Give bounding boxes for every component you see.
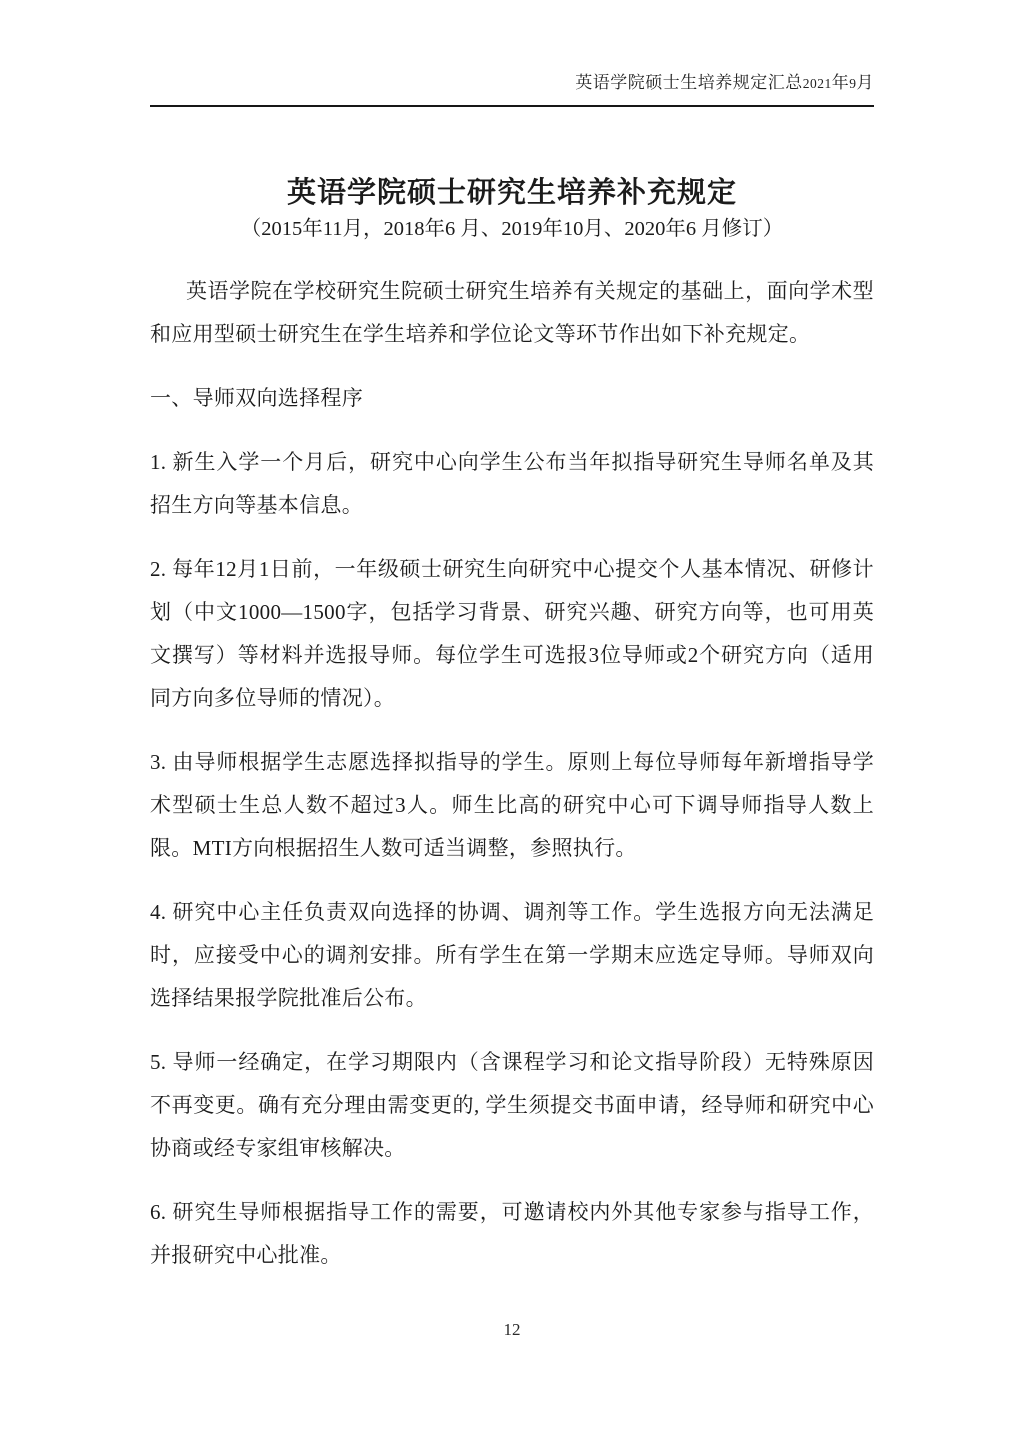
- page-header: 英语学院硕士生培养规定汇总2021年9月: [150, 0, 874, 95]
- document-page: 英语学院硕士生培养规定汇总2021年9月 英语学院硕士研究生培养补充规定 （20…: [0, 0, 1024, 1447]
- section-heading: 一、导师双向选择程序: [150, 377, 874, 420]
- header-year-unit: 年: [832, 73, 850, 92]
- header-divider: [150, 105, 874, 107]
- intro-paragraph: 英语学院在学校研究生院硕士研究生培养有关规定的基础上，面向学术型和应用型硕士研究…: [150, 270, 874, 356]
- document-content: 英语学院硕士生培养规定汇总2021年9月 英语学院硕士研究生培养补充规定 （20…: [0, 0, 1024, 1277]
- paragraph-5: 5. 导师一经确定，在学习期限内（含课程学习和论文指导阶段）无特殊原因不再变更。…: [150, 1041, 874, 1170]
- header-month: 9: [849, 76, 856, 91]
- paragraph-2: 2. 每年12月1日前，一年级硕士研究生向研究中心提交个人基本情况、研修计划（中…: [150, 548, 874, 720]
- document-title: 英语学院硕士研究生培养补充规定: [150, 175, 874, 211]
- paragraph-6: 6. 研究生导师根据指导工作的需要，可邀请校内外其他专家参与指导工作，并报研究中…: [150, 1191, 874, 1277]
- paragraph-1: 1. 新生入学一个月后，研究中心向学生公布当年拟指导研究生导师名单及其招生方向等…: [150, 441, 874, 527]
- paragraph-3: 3. 由导师根据学生志愿选择拟指导的学生。原则上每位导师每年新增指导学术型硕士生…: [150, 741, 874, 870]
- revision-dates-subtitle: （2015年11月，2018年6 月、2019年10月、2020年6 月修订）: [150, 215, 874, 243]
- paragraph-4: 4. 研究中心主任负责双向选择的协调、调剂等工作。学生选报方向无法满足时，应接受…: [150, 891, 874, 1020]
- header-year: 2021: [803, 76, 832, 91]
- header-text-prefix: 英语学院硕士生培养规定汇总: [575, 73, 803, 92]
- header-text: 英语学院硕士生培养规定汇总2021年9月: [575, 73, 874, 92]
- header-month-unit: 月: [857, 73, 875, 92]
- page-number: 12: [0, 1320, 1024, 1340]
